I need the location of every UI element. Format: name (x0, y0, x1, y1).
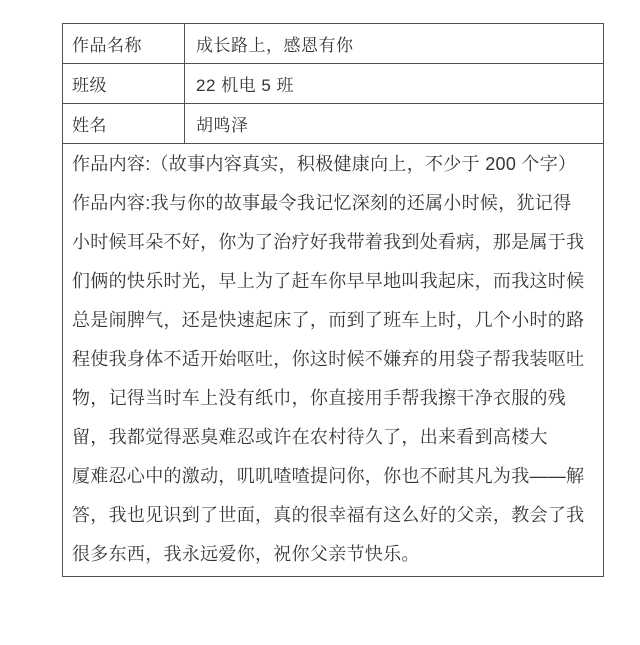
field-value-work-title: 成长路上，感恩有你 (185, 24, 604, 64)
submission-form-table: 作品名称 成长路上，感恩有你 班级 22 机电 5 班 姓名 胡鸣泽 作品内容:… (62, 23, 604, 577)
content-body-text: 作品内容:我与你的故事最令我记忆深刻的还属小时候，犹记得 小时候耳朵不好，你为了… (72, 184, 601, 574)
form-row-content: 作品内容:（故事内容真实，积极健康向上，不少于 200 个字） 作品内容:我与你… (63, 144, 604, 577)
field-label-class: 班级 (63, 64, 185, 104)
field-value-name: 胡鸣泽 (185, 104, 604, 144)
form-row-name: 姓名 胡鸣泽 (63, 104, 604, 144)
field-label-name: 姓名 (63, 104, 185, 144)
content-cell: 作品内容:（故事内容真实，积极健康向上，不少于 200 个字） 作品内容:我与你… (63, 144, 604, 577)
form-row-class: 班级 22 机电 5 班 (63, 64, 604, 104)
field-label-work-title: 作品名称 (63, 24, 185, 64)
field-value-class: 22 机电 5 班 (185, 64, 604, 104)
content-requirement-line: 作品内容:（故事内容真实，积极健康向上，不少于 200 个字） (72, 145, 601, 184)
form-row-work-title: 作品名称 成长路上，感恩有你 (63, 24, 604, 64)
document-page: 作品名称 成长路上，感恩有你 班级 22 机电 5 班 姓名 胡鸣泽 作品内容:… (0, 0, 640, 645)
